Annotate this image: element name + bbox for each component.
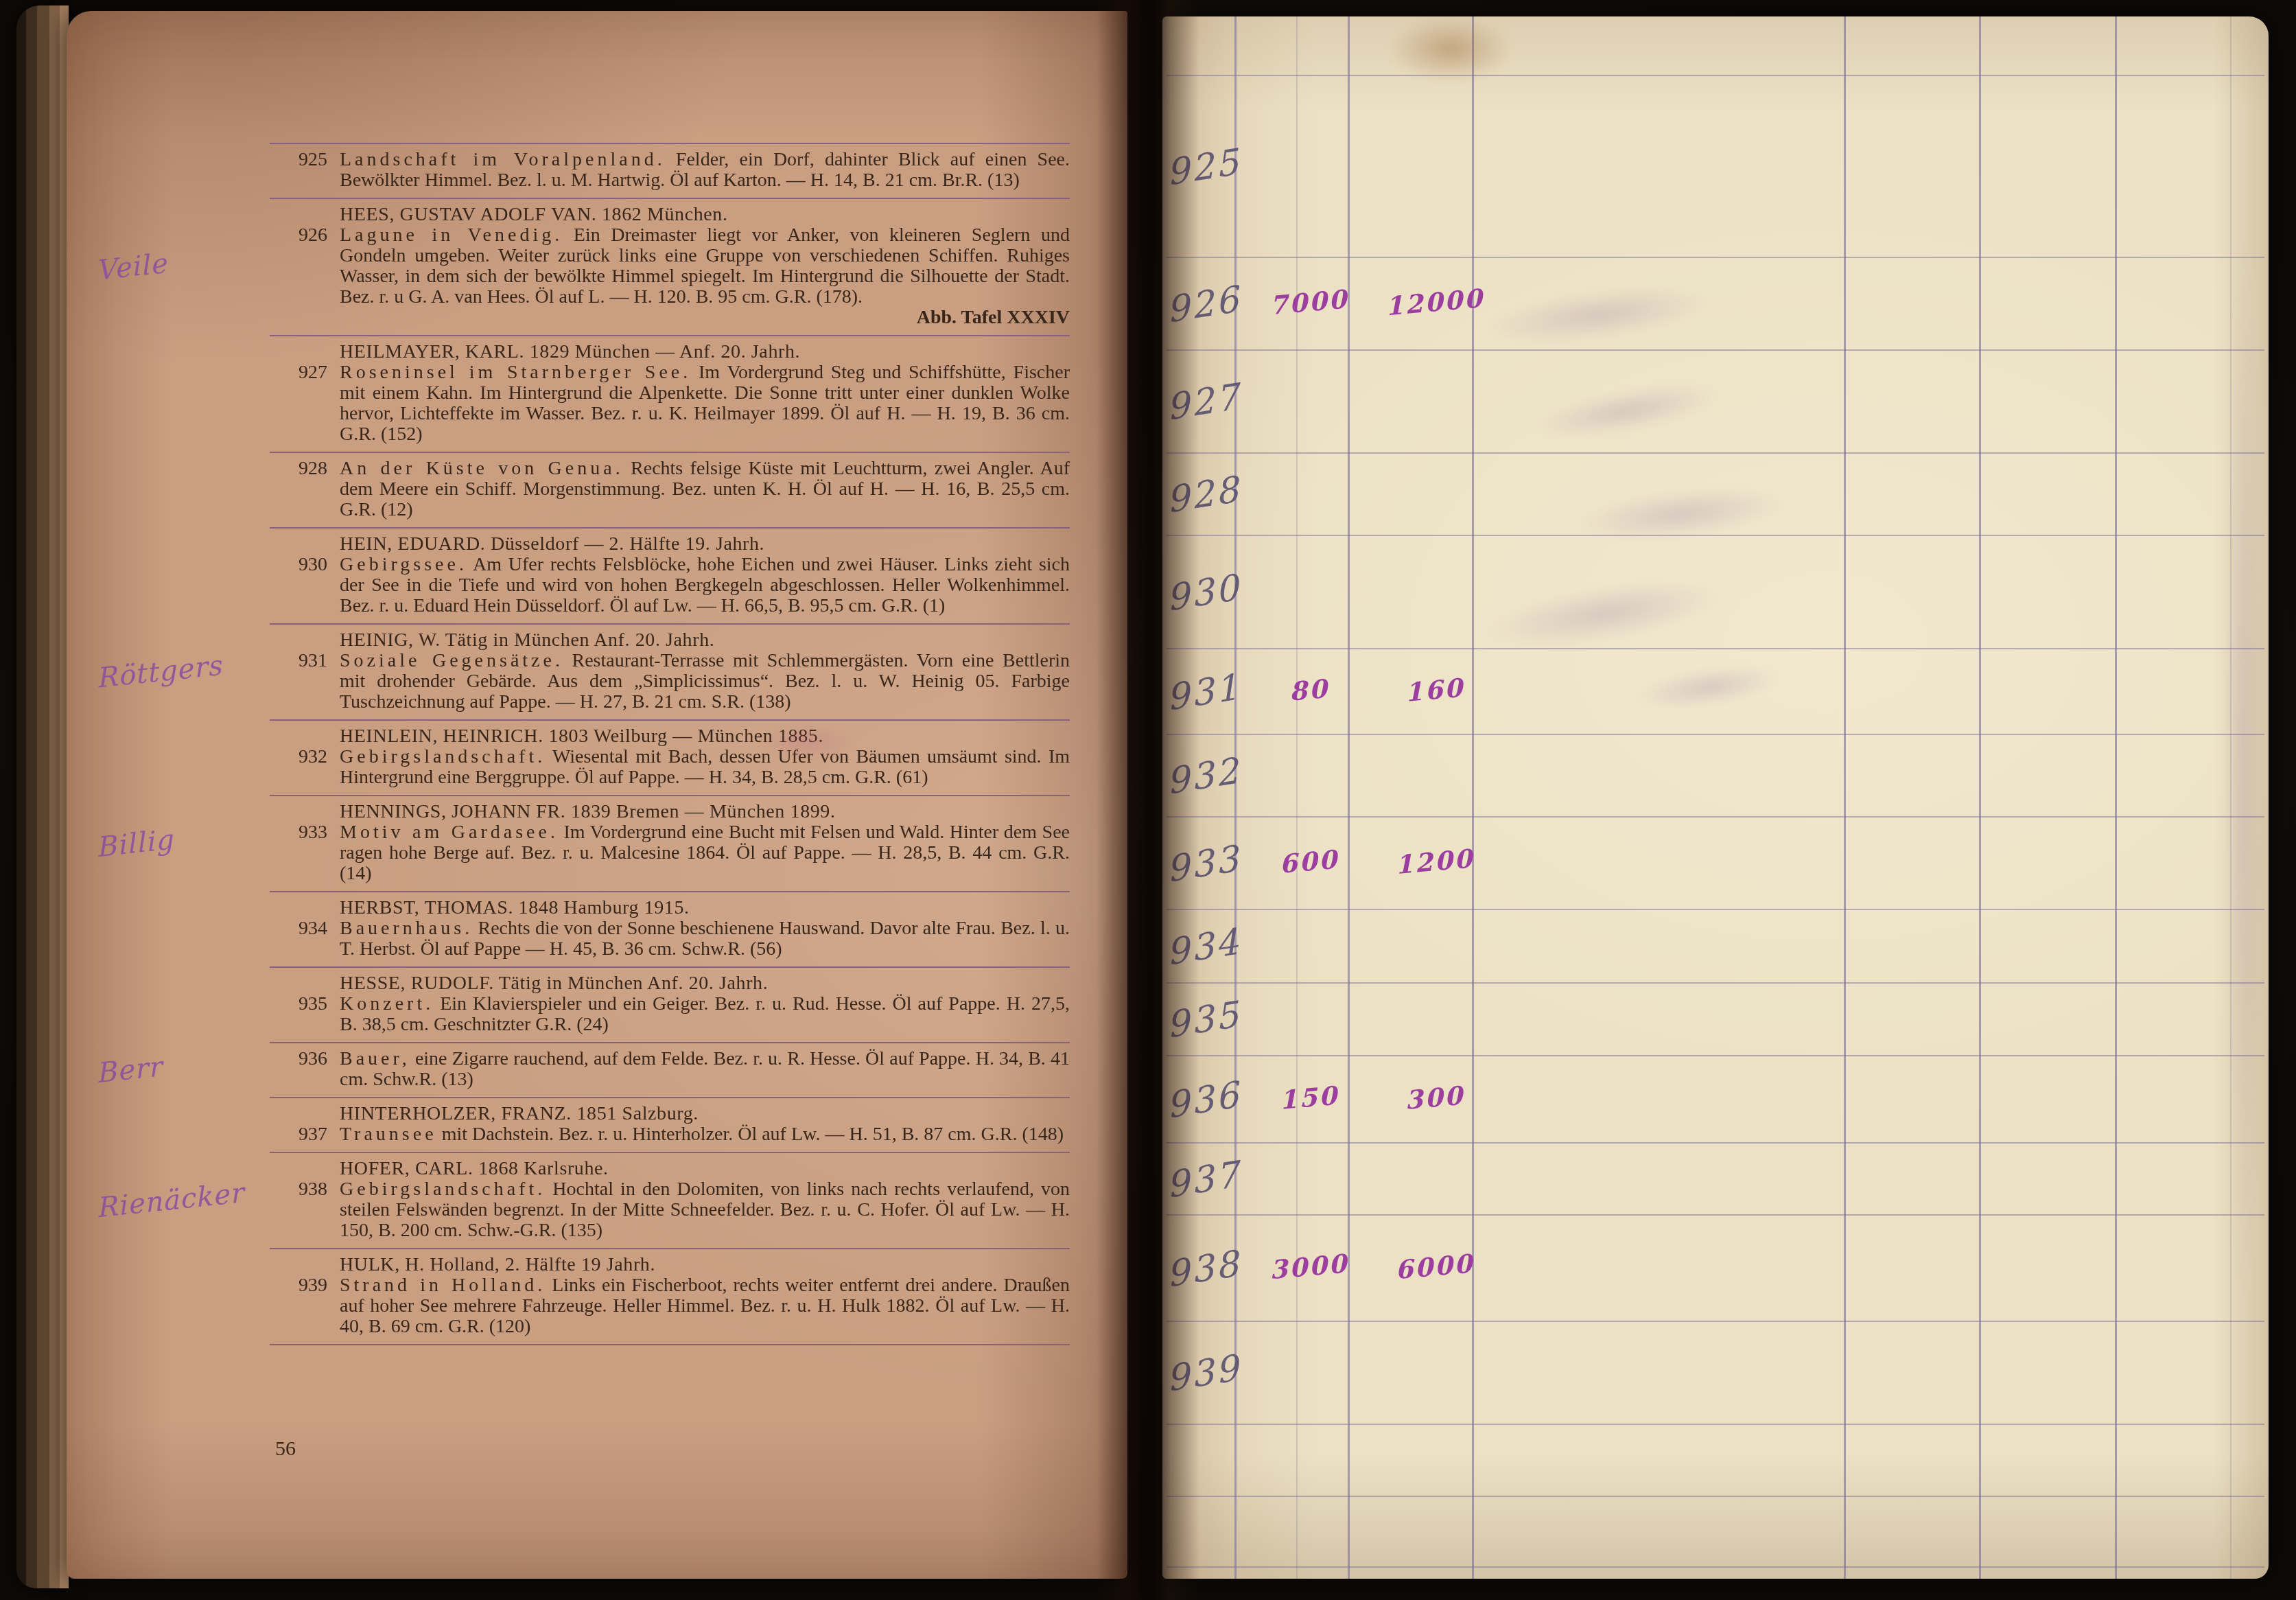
ledger-column-line — [1296, 16, 1298, 1579]
artist-header: HEIN, EDUARD. Düsseldorf — 2. Hälfte 19.… — [340, 534, 1070, 555]
ledger-row-line — [1167, 982, 2264, 984]
entry-title: Bauernhaus. — [340, 918, 473, 939]
catalog-entry: 927Roseninsel im Starnberger See. Im Vor… — [270, 362, 1070, 445]
catalog-section: BilligHENNINGS, JOHANN FR. 1839 Bremen —… — [270, 795, 1070, 891]
catalog-section: HINTERHOLZER, FRANZ. 1851 Salzburg.937Tr… — [270, 1097, 1070, 1152]
entry-text: An der Küste von Genua. Rechts felsige K… — [340, 459, 1070, 520]
entry-title: Strand in Holland. — [340, 1275, 546, 1296]
catalog-entry: 933Motiv am Gardasee. Im Vordergrund ein… — [270, 822, 1070, 884]
entry-text: Bauernhaus. Rechts die von der Sonne bes… — [340, 918, 1070, 960]
lot-number: 928 — [270, 459, 340, 520]
lot-number: 931 — [270, 651, 340, 712]
entry-description: Ein Klavierspieler und ein Geiger. Bez. … — [340, 993, 1070, 1035]
ledger-lot-number: 927 — [1169, 376, 1241, 429]
ledger-lot-number: 928 — [1169, 469, 1241, 522]
ledger-limit-price: 80 — [1253, 669, 1369, 710]
entry-text: Roseninsel im Starnberger See. Im Vorder… — [340, 362, 1070, 445]
entry-title: Gebirgslandschaft. — [340, 746, 546, 767]
catalog-section: 925Landschaft im Voralpenland. Felder, e… — [270, 143, 1070, 198]
entry-title: Landschaft im Voralpenland. — [340, 149, 666, 170]
catalog-entry: 937Traunsee mit Dachstein. Bez. r. u. Hi… — [270, 1124, 1070, 1145]
ledger-limit-price: 3000 — [1253, 1246, 1369, 1286]
ledger-estimate-price: 12000 — [1368, 281, 1505, 323]
ink-stain — [760, 725, 856, 759]
ledger-row-line — [1167, 648, 2264, 649]
margin-annotation: Röttgers — [98, 655, 224, 688]
entry-title: Roseninsel im Starnberger See. — [340, 362, 691, 383]
entry-text: Gebirgssee. Am Ufer rechts Felsblöcke, h… — [340, 555, 1070, 616]
catalog-entry: 935Konzert. Ein Klavierspieler und ein G… — [270, 994, 1070, 1035]
artist-header: HEES, GUSTAV ADOLF VAN. 1862 München. — [340, 205, 1070, 225]
ledger-row-line — [1167, 1142, 2264, 1144]
catalog-entry: 939Strand in Holland. Links ein Fischerb… — [270, 1275, 1070, 1337]
artist-header: HERBST, THOMAS. 1848 Hamburg 1915. — [340, 898, 1070, 918]
artist-header: HOFER, CARL. 1868 Karlsruhe. — [340, 1159, 1070, 1179]
ledger-estimate-price: 1200 — [1368, 840, 1505, 883]
ledger-column-line — [2230, 16, 2231, 1579]
catalog-section: HEIN, EDUARD. Düsseldorf — 2. Hälfte 19.… — [270, 527, 1070, 623]
ledger-column-line — [1234, 16, 1237, 1579]
entry-text: Landschaft im Voralpenland. Felder, ein … — [340, 150, 1070, 191]
ledger-limit-price: 600 — [1253, 841, 1369, 881]
ledger-estimate-price: 6000 — [1368, 1245, 1505, 1288]
ledger-page: 9259267000120009279289309318016093293360… — [1162, 16, 2269, 1579]
ledger-row-line — [1167, 1321, 2264, 1322]
ledger-row-line — [1167, 257, 2264, 258]
catalog-section: 928An der Küste von Genua. Rechts felsig… — [270, 452, 1070, 527]
ledger-column-line — [1472, 16, 1474, 1579]
margin-annotation: Billig — [98, 829, 176, 858]
catalog-entry: 925Landschaft im Voralpenland. Felder, e… — [270, 150, 1070, 191]
ledger-row-line — [1167, 734, 2264, 735]
ledger-lot-number: 930 — [1169, 566, 1241, 619]
ledger-limit-price: 7000 — [1253, 281, 1369, 322]
ledger-row-line — [1167, 1214, 2264, 1216]
ledger-row-line — [1167, 349, 2264, 351]
catalog-entry: 934Bauernhaus. Rechts die von der Sonne … — [270, 918, 1070, 960]
entry-title: Lagune in Venedig. — [340, 224, 563, 246]
ledger-limit-price: 150 — [1253, 1077, 1369, 1117]
ledger-lot-number: 939 — [1169, 1347, 1241, 1400]
page-number: 56 — [275, 1437, 296, 1461]
catalog-entry: 928An der Küste von Genua. Rechts felsig… — [270, 459, 1070, 520]
page-stack-edge — [16, 5, 69, 1588]
catalog-entry: 936Bauer, eine Zigarre rauchend, auf dem… — [270, 1049, 1070, 1090]
entry-text: Gebirgslandschaft. Wiesental mit Bach, d… — [340, 747, 1070, 788]
ledger-lot-number: 931 — [1169, 666, 1241, 719]
ledger-lot-number: 938 — [1169, 1242, 1241, 1295]
ledger-estimate-price: 160 — [1368, 669, 1505, 711]
lot-number: 926 — [270, 225, 340, 308]
margin-annotation: Veile — [98, 253, 169, 281]
entry-description: mit Dachstein. Bez. r. u. Hinterholzer. … — [442, 1124, 1064, 1145]
artist-header: HINTERHOLZER, FRANZ. 1851 Salzburg. — [340, 1104, 1070, 1124]
catalog-sections: 925Landschaft im Voralpenland. Felder, e… — [270, 143, 1070, 1345]
artist-header: HEINLEIN, HEINRICH. 1803 Weilburg — Münc… — [340, 726, 1070, 747]
artist-header: HESSE, RUDOLF. Tätig in München Anf. 20.… — [340, 973, 1070, 994]
ledger-column-line — [1844, 16, 1846, 1579]
lot-number: 927 — [270, 362, 340, 445]
ledger-row-line — [1167, 75, 2264, 76]
lot-number: 936 — [270, 1049, 340, 1090]
lot-number: 937 — [270, 1124, 340, 1145]
lot-number: 932 — [270, 747, 340, 788]
entry-text: Motiv am Gardasee. Im Vordergrund eine B… — [340, 822, 1070, 884]
catalog-section: RienäckerHOFER, CARL. 1868 Karlsruhe.938… — [270, 1152, 1070, 1248]
lot-number: 939 — [270, 1275, 340, 1337]
entry-description: eine Zigarre rauchend, auf dem Felde. Be… — [340, 1048, 1070, 1090]
plate-reference: Abb. Tafel XXXIV — [270, 308, 1070, 328]
catalog-section: HULK, H. Holland, 2. Hälfte 19 Jahrh.939… — [270, 1248, 1070, 1345]
entry-title: Bauer, — [340, 1048, 410, 1069]
catalog-section: HEINLEIN, HEINRICH. 1803 Weilburg — Münc… — [270, 719, 1070, 795]
catalog-entry: 930Gebirgssee. Am Ufer rechts Felsblöcke… — [270, 555, 1070, 616]
catalog-section: HERBST, THOMAS. 1848 Hamburg 1915.934Bau… — [270, 891, 1070, 966]
ledger-lot-number: 925 — [1169, 141, 1241, 194]
ledger-lot-number: 932 — [1169, 750, 1241, 803]
ledger-row-line — [1167, 909, 2264, 910]
lot-number: 930 — [270, 555, 340, 616]
ledger-row-line — [1167, 1055, 2264, 1056]
catalog-section: RöttgersHEINIG, W. Tätig in München Anf.… — [270, 623, 1070, 719]
entry-text: Strand in Holland. Links ein Fischerboot… — [340, 1275, 1070, 1337]
ledger-grid: 9259267000120009279289309318016093293360… — [1162, 16, 2269, 1579]
ledger-lot-number: 935 — [1169, 994, 1241, 1047]
ledger-lot-number: 936 — [1169, 1074, 1241, 1126]
lot-number: 925 — [270, 150, 340, 191]
catalog-section: VeileHEES, GUSTAV ADOLF VAN. 1862 Münche… — [270, 198, 1070, 335]
artist-header: HENNINGS, JOHANN FR. 1839 Bremen — Münch… — [340, 802, 1070, 822]
entry-title: Gebirgslandschaft. — [340, 1179, 546, 1200]
ledger-row-line — [1167, 816, 2264, 818]
lot-number: 935 — [270, 994, 340, 1035]
artist-header: HEINIG, W. Tätig in München Anf. 20. Jah… — [340, 630, 1070, 651]
catalog-entry: 931Soziale Gegensätze. Restaurant-Terras… — [270, 651, 1070, 712]
artist-header: HEILMAYER, KARL. 1829 München — Anf. 20.… — [340, 342, 1070, 362]
ledger-estimate-price: 300 — [1368, 1076, 1505, 1119]
entry-text: Bauer, eine Zigarre rauchend, auf dem Fe… — [340, 1049, 1070, 1090]
ledger-row-line — [1167, 1496, 2264, 1497]
entry-title: An der Küste von Genua. — [340, 458, 624, 479]
entry-title: Konzert. — [340, 993, 434, 1015]
ledger-row-line — [1167, 452, 2264, 454]
catalog-entry: 926Lagune in Venedig. Ein Dreimaster lie… — [270, 225, 1070, 308]
entry-text: Traunsee mit Dachstein. Bez. r. u. Hinte… — [340, 1124, 1070, 1145]
catalog-entry: 938Gebirgslandschaft. Hochtal in den Dol… — [270, 1179, 1070, 1241]
lot-number: 934 — [270, 918, 340, 960]
catalog-section: Berr936Bauer, eine Zigarre rauchend, auf… — [270, 1042, 1070, 1097]
lot-number: 938 — [270, 1179, 340, 1241]
catalog-section: HEILMAYER, KARL. 1829 München — Anf. 20.… — [270, 335, 1070, 452]
entry-text: Soziale Gegensätze. Restaurant-Terrasse … — [340, 651, 1070, 712]
artist-header: HULK, H. Holland, 2. Hälfte 19 Jahrh. — [340, 1255, 1070, 1275]
entry-title: Gebirgssee. — [340, 554, 467, 575]
ledger-column-line — [1979, 16, 1981, 1579]
ledger-lot-number: 934 — [1169, 920, 1241, 973]
entry-title: Soziale Gegensätze. — [340, 650, 563, 671]
ledger-row-line — [1167, 535, 2264, 536]
margin-annotation: Rienäcker — [98, 1183, 245, 1218]
ledger-column-line — [1348, 16, 1350, 1579]
catalog-entry: 932Gebirgslandschaft. Wiesental mit Bach… — [270, 747, 1070, 788]
margin-annotation: Berr — [98, 1056, 164, 1084]
entry-title: Traunsee — [340, 1124, 437, 1145]
ledger-lot-number: 937 — [1169, 1153, 1241, 1206]
ledger-lot-number: 926 — [1169, 278, 1241, 331]
catalog-page: 925Landschaft im Voralpenland. Felder, e… — [67, 11, 1127, 1579]
catalog-section: HESSE, RUDOLF. Tätig in München Anf. 20.… — [270, 966, 1070, 1042]
book-photo: 925Landschaft im Voralpenland. Felder, e… — [0, 0, 2296, 1600]
ledger-column-line — [2115, 16, 2117, 1579]
ledger-row-line — [1167, 1424, 2264, 1425]
ledger-row-line — [1167, 1566, 2264, 1568]
entry-text: Konzert. Ein Klavierspieler und ein Geig… — [340, 994, 1070, 1035]
entry-text: Gebirgslandschaft. Hochtal in den Dolomi… — [340, 1179, 1070, 1241]
entry-title: Motiv am Gardasee. — [340, 822, 559, 843]
entry-text: Lagune in Venedig. Ein Dreimaster liegt … — [340, 225, 1070, 308]
ledger-lot-number: 933 — [1169, 837, 1241, 890]
lot-number: 933 — [270, 822, 340, 884]
